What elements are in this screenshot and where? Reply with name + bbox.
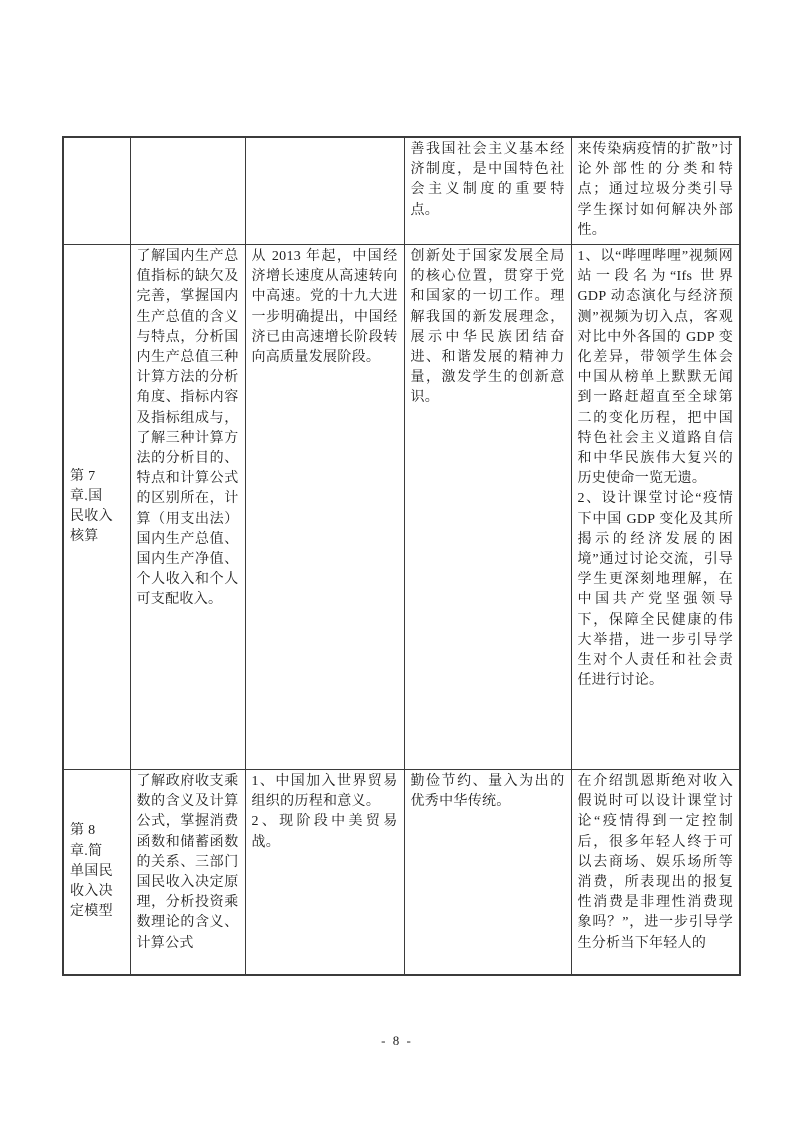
table-row: 第 8 章.简单国民收入决定模型 了解政府收支乘数的含义及计算公式，掌握消费函数… xyxy=(63,770,740,976)
table-row: 第 7 章.国民收入核算 了解国内生产总值指标的缺欠及完善，掌握国内生产总值的含… xyxy=(63,245,740,770)
cell-paragraph: 善我国社会主义基本经济制度，是中国特色社会主义制度的重要特点。 xyxy=(411,140,565,221)
chapter-label: 第 8 章.简单国民收入决定模型 xyxy=(70,821,116,922)
table-cell: 从 2013 年起，中国经济增长速度从高速转向中高速。党的十九大进一步明确提出，… xyxy=(245,245,404,770)
cell-paragraph: 创新处于国家发展全局的核心位置，贯穿于党和国家的一切工作。理解我国的新发展理念，… xyxy=(411,247,565,409)
table-cell xyxy=(130,137,245,245)
table-cell: 了解政府收支乘数的含义及计算公式，掌握消费函数和储蓄函数的关系、三部门国民收入决… xyxy=(130,770,245,976)
table-cell xyxy=(63,137,130,245)
course-design-table: 善我国社会主义基本经济制度，是中国特色社会主义制度的重要特点。 来传染病疫情的扩… xyxy=(62,136,741,976)
cell-paragraph: 1、中国加入世界贸易组织的历程和意义。 xyxy=(252,772,398,812)
table-cell: 1、中国加入世界贸易组织的历程和意义。 2、现阶段中美贸易战。 xyxy=(245,770,404,976)
table-row: 善我国社会主义基本经济制度，是中国特色社会主义制度的重要特点。 来传染病疫情的扩… xyxy=(63,137,740,245)
table-cell: 在介绍凯恩斯绝对收入假说时可以设计课堂讨论“疫情得到一定控制后，很多年轻人终于可… xyxy=(571,770,740,976)
cell-paragraph: 来传染病疫情的扩散”讨论外部性的分类和特点；通过垃圾分类引导学生探讨如何解决外部… xyxy=(578,140,734,241)
document-page: 善我国社会主义基本经济制度，是中国特色社会主义制度的重要特点。 来传染病疫情的扩… xyxy=(0,0,794,1123)
table-cell: 善我国社会主义基本经济制度，是中国特色社会主义制度的重要特点。 xyxy=(404,137,571,245)
cell-paragraph: 了解国内生产总值指标的缺欠及完善，掌握国内生产总值的含义与特点，分析国内生产总值… xyxy=(137,247,239,611)
table-cell-chapter: 第 8 章.简单国民收入决定模型 xyxy=(63,770,130,976)
table-cell: 了解国内生产总值指标的缺欠及完善，掌握国内生产总值的含义与特点，分析国内生产总值… xyxy=(130,245,245,770)
cell-paragraph: 勤俭节约、量入为出的优秀中华传统。 xyxy=(411,772,565,812)
cell-paragraph: 2、现阶段中美贸易战。 xyxy=(252,812,398,852)
chapter-label: 第 7 章.国民收入核算 xyxy=(70,467,116,548)
table-cell xyxy=(245,137,404,245)
cell-paragraph: 了解政府收支乘数的含义及计算公式，掌握消费函数和储蓄函数的关系、三部门国民收入决… xyxy=(137,772,239,954)
table-cell: 1、以“哔哩哔哩”视频网站一段名为“Ifs 世界 GDP 动态演化与经济预测”视… xyxy=(571,245,740,770)
table-cell-chapter: 第 7 章.国民收入核算 xyxy=(63,245,130,770)
cell-paragraph: 1、以“哔哩哔哩”视频网站一段名为“Ifs 世界 GDP 动态演化与经济预测”视… xyxy=(578,247,734,489)
table-cell: 勤俭节约、量入为出的优秀中华传统。 xyxy=(404,770,571,976)
cell-paragraph: 2、设计课堂讨论“疫情下中国 GDP 变化及其所揭示的经济发展的困境”通过讨论交… xyxy=(578,489,734,691)
table-cell: 创新处于国家发展全局的核心位置，贯穿于党和国家的一切工作。理解我国的新发展理念，… xyxy=(404,245,571,770)
cell-paragraph: 从 2013 年起，中国经济增长速度从高速转向中高速。党的十九大进一步明确提出，… xyxy=(252,247,398,368)
table-cell: 来传染病疫情的扩散”讨论外部性的分类和特点；通过垃圾分类引导学生探讨如何解决外部… xyxy=(571,137,740,245)
cell-paragraph: 在介绍凯恩斯绝对收入假说时可以设计课堂讨论“疫情得到一定控制后，很多年轻人终于可… xyxy=(578,772,734,954)
page-number: - 8 - xyxy=(0,1033,794,1049)
